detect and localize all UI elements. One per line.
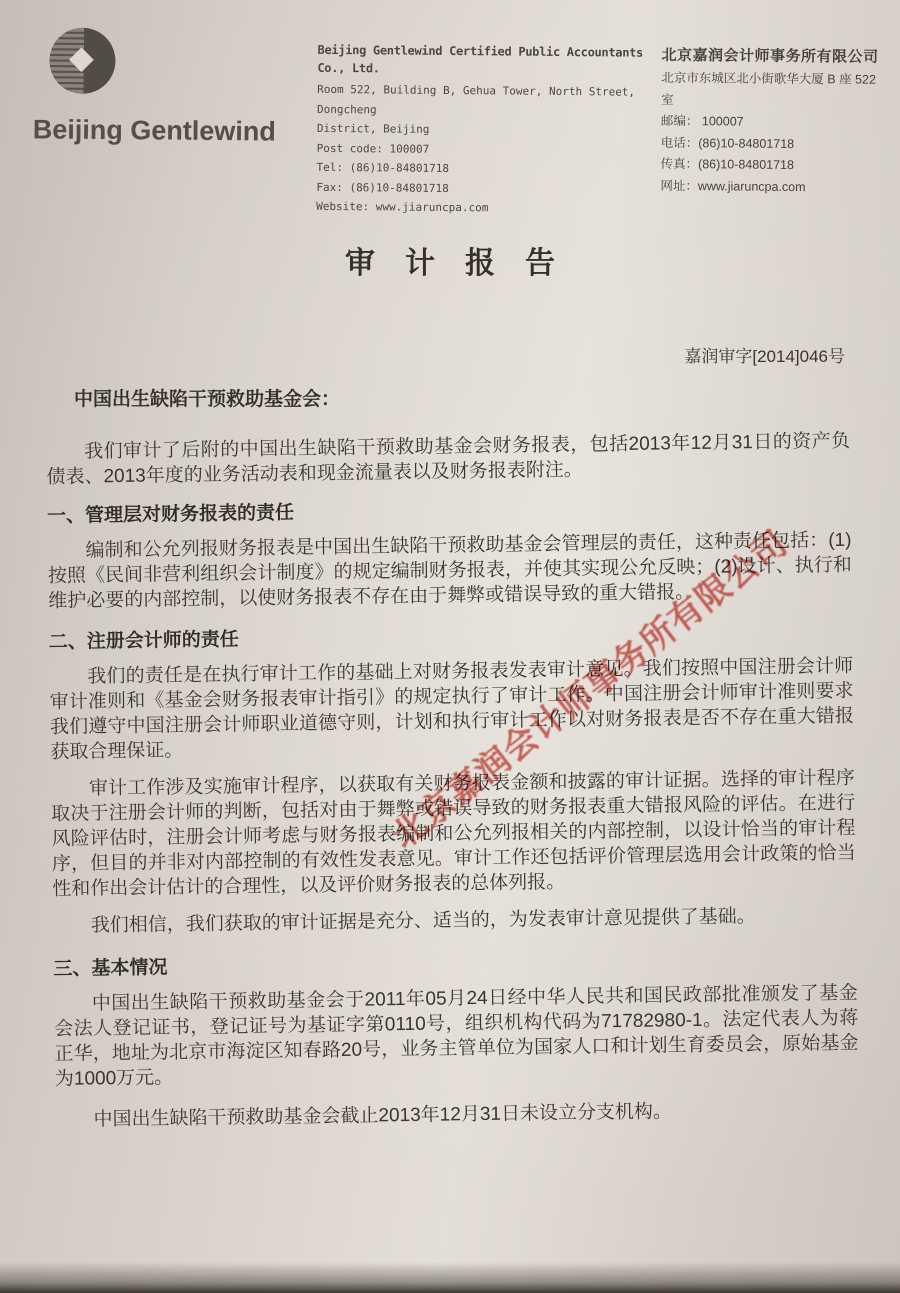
coin-logo-icon bbox=[47, 22, 118, 99]
letterhead-english: Beijing Gentlewind Certified Public Acco… bbox=[316, 41, 653, 219]
company-name-en: Beijing Gentlewind Certified Public Acco… bbox=[317, 41, 652, 80]
scanned-audit-report-page: Beijing Gentlewind Beijing Gentlewind Ce… bbox=[0, 0, 900, 1293]
fax-cn: 传真：(86)10-84801718 bbox=[660, 154, 890, 178]
letterhead: Beijing Gentlewind Beijing Gentlewind Ce… bbox=[0, 0, 900, 204]
section-2-heading: 二、注册会计师的责任 bbox=[49, 619, 853, 655]
addressee: 中国出生缺陷干预救助基金会： bbox=[74, 384, 340, 411]
reference-number: 嘉润审字[2014]046号 bbox=[684, 342, 845, 367]
address-cn: 北京市东城区北小街歌华大厦 B 座 522 室 bbox=[661, 68, 891, 113]
brand-wordmark: Beijing Gentlewind bbox=[33, 114, 313, 147]
website-cn: 网址：www.jiaruncpa.com bbox=[660, 175, 890, 199]
section-3-paragraph: 中国出生缺陷干预救助基金会截止2013年12月31日未设立分支机构。 bbox=[55, 1097, 859, 1133]
section-3-heading: 三、基本情况 bbox=[53, 946, 857, 982]
website-en: Website: www.jiaruncpa.com bbox=[316, 197, 651, 219]
postcode-cn: 邮编： 100007 bbox=[661, 111, 891, 135]
section-2-paragraph: 我们相信，我们获取的审计证据是充分、适当的，为发表审计意见提供了基础。 bbox=[53, 903, 857, 939]
tel-en: Tel: (86)10-84801718 bbox=[316, 158, 651, 180]
section-3-paragraph: 中国出生缺陷干预救助基金会于2011年05月24日经中华人民共和国民政部批准颁发… bbox=[54, 981, 859, 1092]
tel-cn: 电话：(86)10-84801718 bbox=[661, 132, 891, 156]
letterhead-chinese: 北京嘉润会计师事务所有限公司 北京市东城区北小街歌华大厦 B 座 522 室 邮… bbox=[660, 46, 891, 199]
address-line-en: District, Beijing bbox=[317, 119, 652, 141]
intro-paragraph: 我们审计了后附的中国出生缺陷干预救助基金会财务报表，包括2013年12月31日的… bbox=[46, 429, 851, 490]
section-2-paragraph: 审计工作涉及实施审计程序，以获取有关财务报表金额和披露的审计证据。选择的审计程序… bbox=[51, 766, 857, 902]
section-2-paragraph: 我们的责任是在执行审计工作的基础上对财务报表发表审计意见。我们按照中国注册会计师… bbox=[49, 654, 854, 765]
section-1-paragraph: 编制和公允列报财务报表是中国出生缺陷干预救助基金会管理层的责任，这种责任包括：(… bbox=[47, 528, 852, 614]
address-line-en: Room 522, Building B, Gehua Tower, North… bbox=[317, 80, 652, 122]
document-title: 审计报告 bbox=[0, 238, 900, 282]
company-name-cn: 北京嘉润会计师事务所有限公司 bbox=[661, 46, 891, 68]
section-1-heading: 一、管理层对财务报表的责任 bbox=[47, 493, 851, 529]
report-body: 我们审计了后附的中国出生缺陷干预救助基金会财务报表，包括2013年12月31日的… bbox=[46, 429, 860, 1133]
